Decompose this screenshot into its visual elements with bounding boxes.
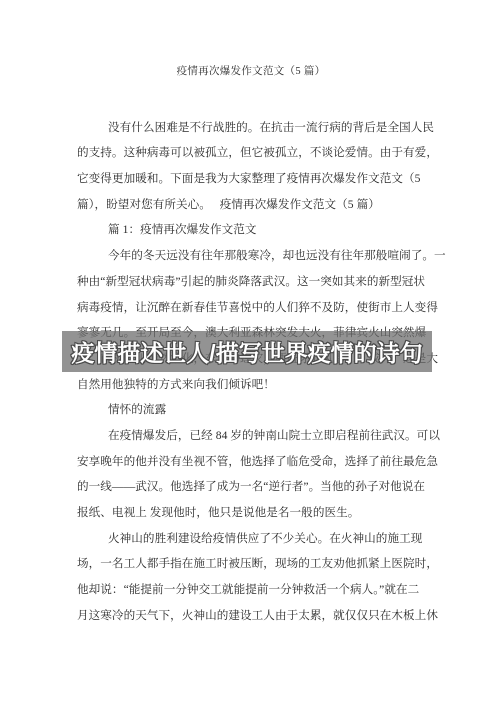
paragraph: 篇 1：疫情再次爆发作文范文: [77, 217, 425, 243]
text-line: 安享晚年的他并没有坐视不管，他选择了临危受命，选择了前往最危急: [77, 449, 425, 475]
text-line: 的一线——武汉。他选择了成为一名“逆行者”。当他的孙子对他说在: [77, 474, 425, 500]
text-line: 的支持。这种病毒可以被孤立，但它被孤立，不谈论爱情。由于有爱，: [77, 140, 425, 166]
text-line: 场，一名工人都手指在施工时被压断，现场的工友劝他抓紧上医院时，: [77, 551, 425, 577]
text-line: 报纸、电视上 发现他时，他只是说他是名一般的医生。: [77, 500, 425, 526]
paragraph: 没有什么困难是不行战胜的。在抗击一流行病的背后是全国人民的支持。这种病毒可以被孤…: [77, 115, 425, 218]
text-line: 种由“新型冠状病毒”引起的肺炎降落武汉。这一突如其来的新型冠状: [77, 269, 425, 295]
text-line: 火神山的胜利建设给疫情供应了不少关心。在火神山的施工现: [77, 526, 425, 552]
text-line: 情怀的流露: [77, 397, 425, 423]
paragraph: 情怀的流露: [77, 397, 425, 423]
text-line: 自然用他独特的方式来向我们倾诉吧！: [77, 372, 425, 398]
overlay-banner[interactable]: 疫情描述世人/描写世界疫情的诗句: [62, 331, 432, 372]
text-line: 在疫情爆发后，已经 84 岁的钟南山院士立即启程前往武汉。可以: [77, 423, 425, 449]
text-line: 它变得更加暖和。下面是我为大家整理了疫情再次爆发作文范文（5: [77, 166, 425, 192]
text-line: 篇），盼望对您有所关心。 疫情再次爆发作文范文（5 篇）: [77, 192, 425, 218]
paragraph: 火神山的胜利建设给疫情供应了不少关心。在火神山的施工现场，一名工人都手指在施工时…: [77, 526, 425, 629]
document-page: { "page": { "title": "疫情再次爆发作文范文（5 篇）" }…: [0, 0, 500, 706]
paragraph: 今年的冬天远没有往年那般寒冷，却也远没有往年那般喧闹了。一种由“新型冠状病毒”引…: [77, 243, 425, 397]
document-title: 疫情再次爆发作文范文（5 篇）: [77, 59, 425, 85]
paragraph: 在疫情爆发后，已经 84 岁的钟南山院士立即启程前往武汉。可以安享晚年的他并没有…: [77, 423, 425, 526]
overlay-banner-text: 疫情描述世人/描写世界疫情的诗句: [71, 335, 422, 368]
text-line: 他却说：“能提前一分钟交工就能提前一分钟救活一个病人。”就在二: [77, 577, 425, 603]
text-line: 病毒疫情，让沉醉在新春佳节喜悦中的人们猝不及防，使街市上人变得: [77, 295, 425, 321]
text-line: 没有什么困难是不行战胜的。在抗击一流行病的背后是全国人民: [77, 115, 425, 141]
text-line: 月这寒冷的天气下，火神山的建设工人由于太累，就仅仅只在木板上休: [77, 603, 425, 629]
text-line: 今年的冬天远没有往年那般寒冷，却也远没有往年那般喧闹了。一: [77, 243, 425, 269]
text-line: 篇 1：疫情再次爆发作文范文: [77, 217, 425, 243]
